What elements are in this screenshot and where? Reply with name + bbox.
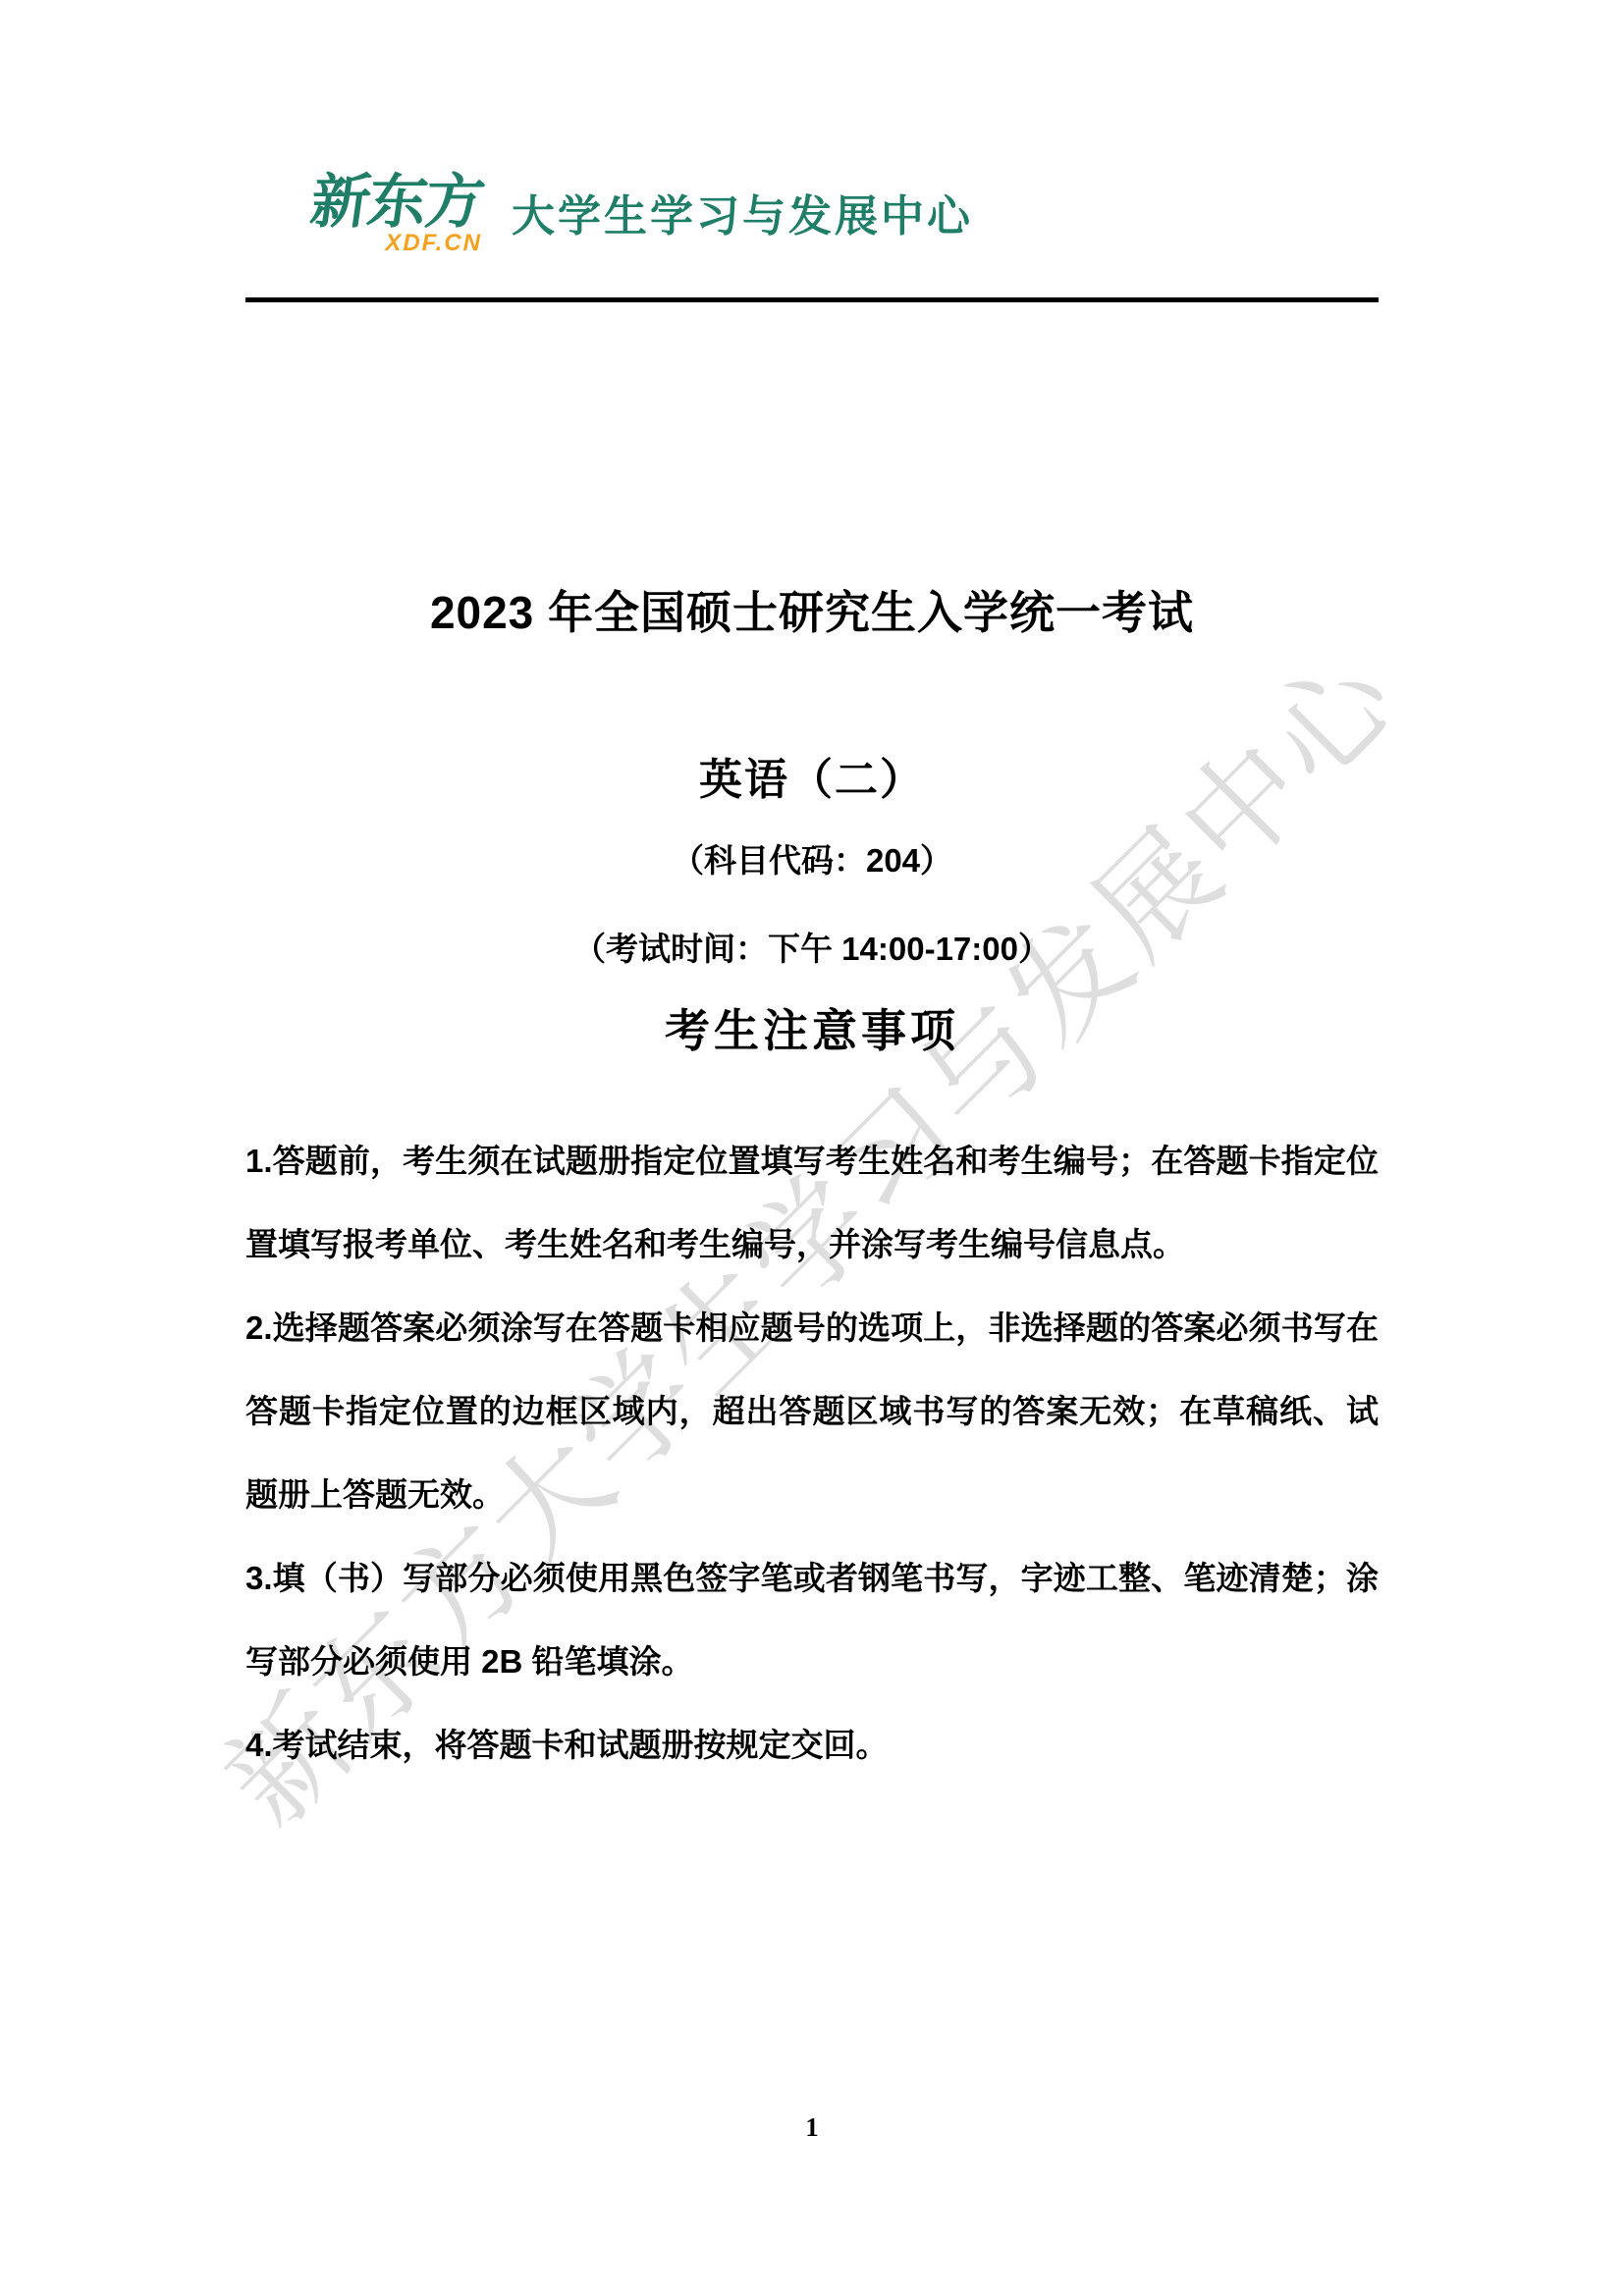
- exam-title: 2023 年全国硕士研究生入学统一考试: [0, 577, 1624, 642]
- exam-cover-page: 新东方大学生学习与发展中心 新东方 XDF.CN 大学生学习与发展中心 2023…: [0, 0, 1624, 2296]
- notice-list: 1.答题前，考生须在试题册指定位置填写考生姓名和考生编号；在答题卡指定位置填写报…: [245, 1119, 1379, 1787]
- page-header: 新东方 XDF.CN 大学生学习与发展中心: [311, 173, 973, 257]
- exam-time: （考试时间：下午 14:00-17:00）: [0, 924, 1624, 970]
- notice-item-4: 4.考试结束，将答题卡和试题册按规定交回。: [245, 1703, 1379, 1787]
- header-divider: [245, 297, 1379, 302]
- notice-item-2: 2.选择题答案必须涂写在答题卡相应题号的选项上，非选择题的答案必须书写在答题卡指…: [245, 1286, 1379, 1536]
- center-name: 大学生学习与发展中心: [512, 181, 973, 243]
- subject-code: （科目代码：204）: [0, 835, 1624, 881]
- page-number: 1: [0, 2112, 1624, 2143]
- xdf-logo-wordmark: 新东方: [307, 173, 486, 232]
- xdf-logo: 新东方 XDF.CN: [311, 173, 482, 257]
- subject-name: 英语（二）: [0, 744, 1624, 807]
- notice-item-1: 1.答题前，考生须在试题册指定位置填写考生姓名和考生编号；在答题卡指定位置填写报…: [245, 1119, 1379, 1286]
- notice-item-3: 3.填（书）写部分必须使用黑色签字笔或者钢笔书写，字迹工整、笔迹清楚；涂写部分必…: [245, 1536, 1379, 1703]
- notice-title: 考生注意事项: [0, 995, 1624, 1060]
